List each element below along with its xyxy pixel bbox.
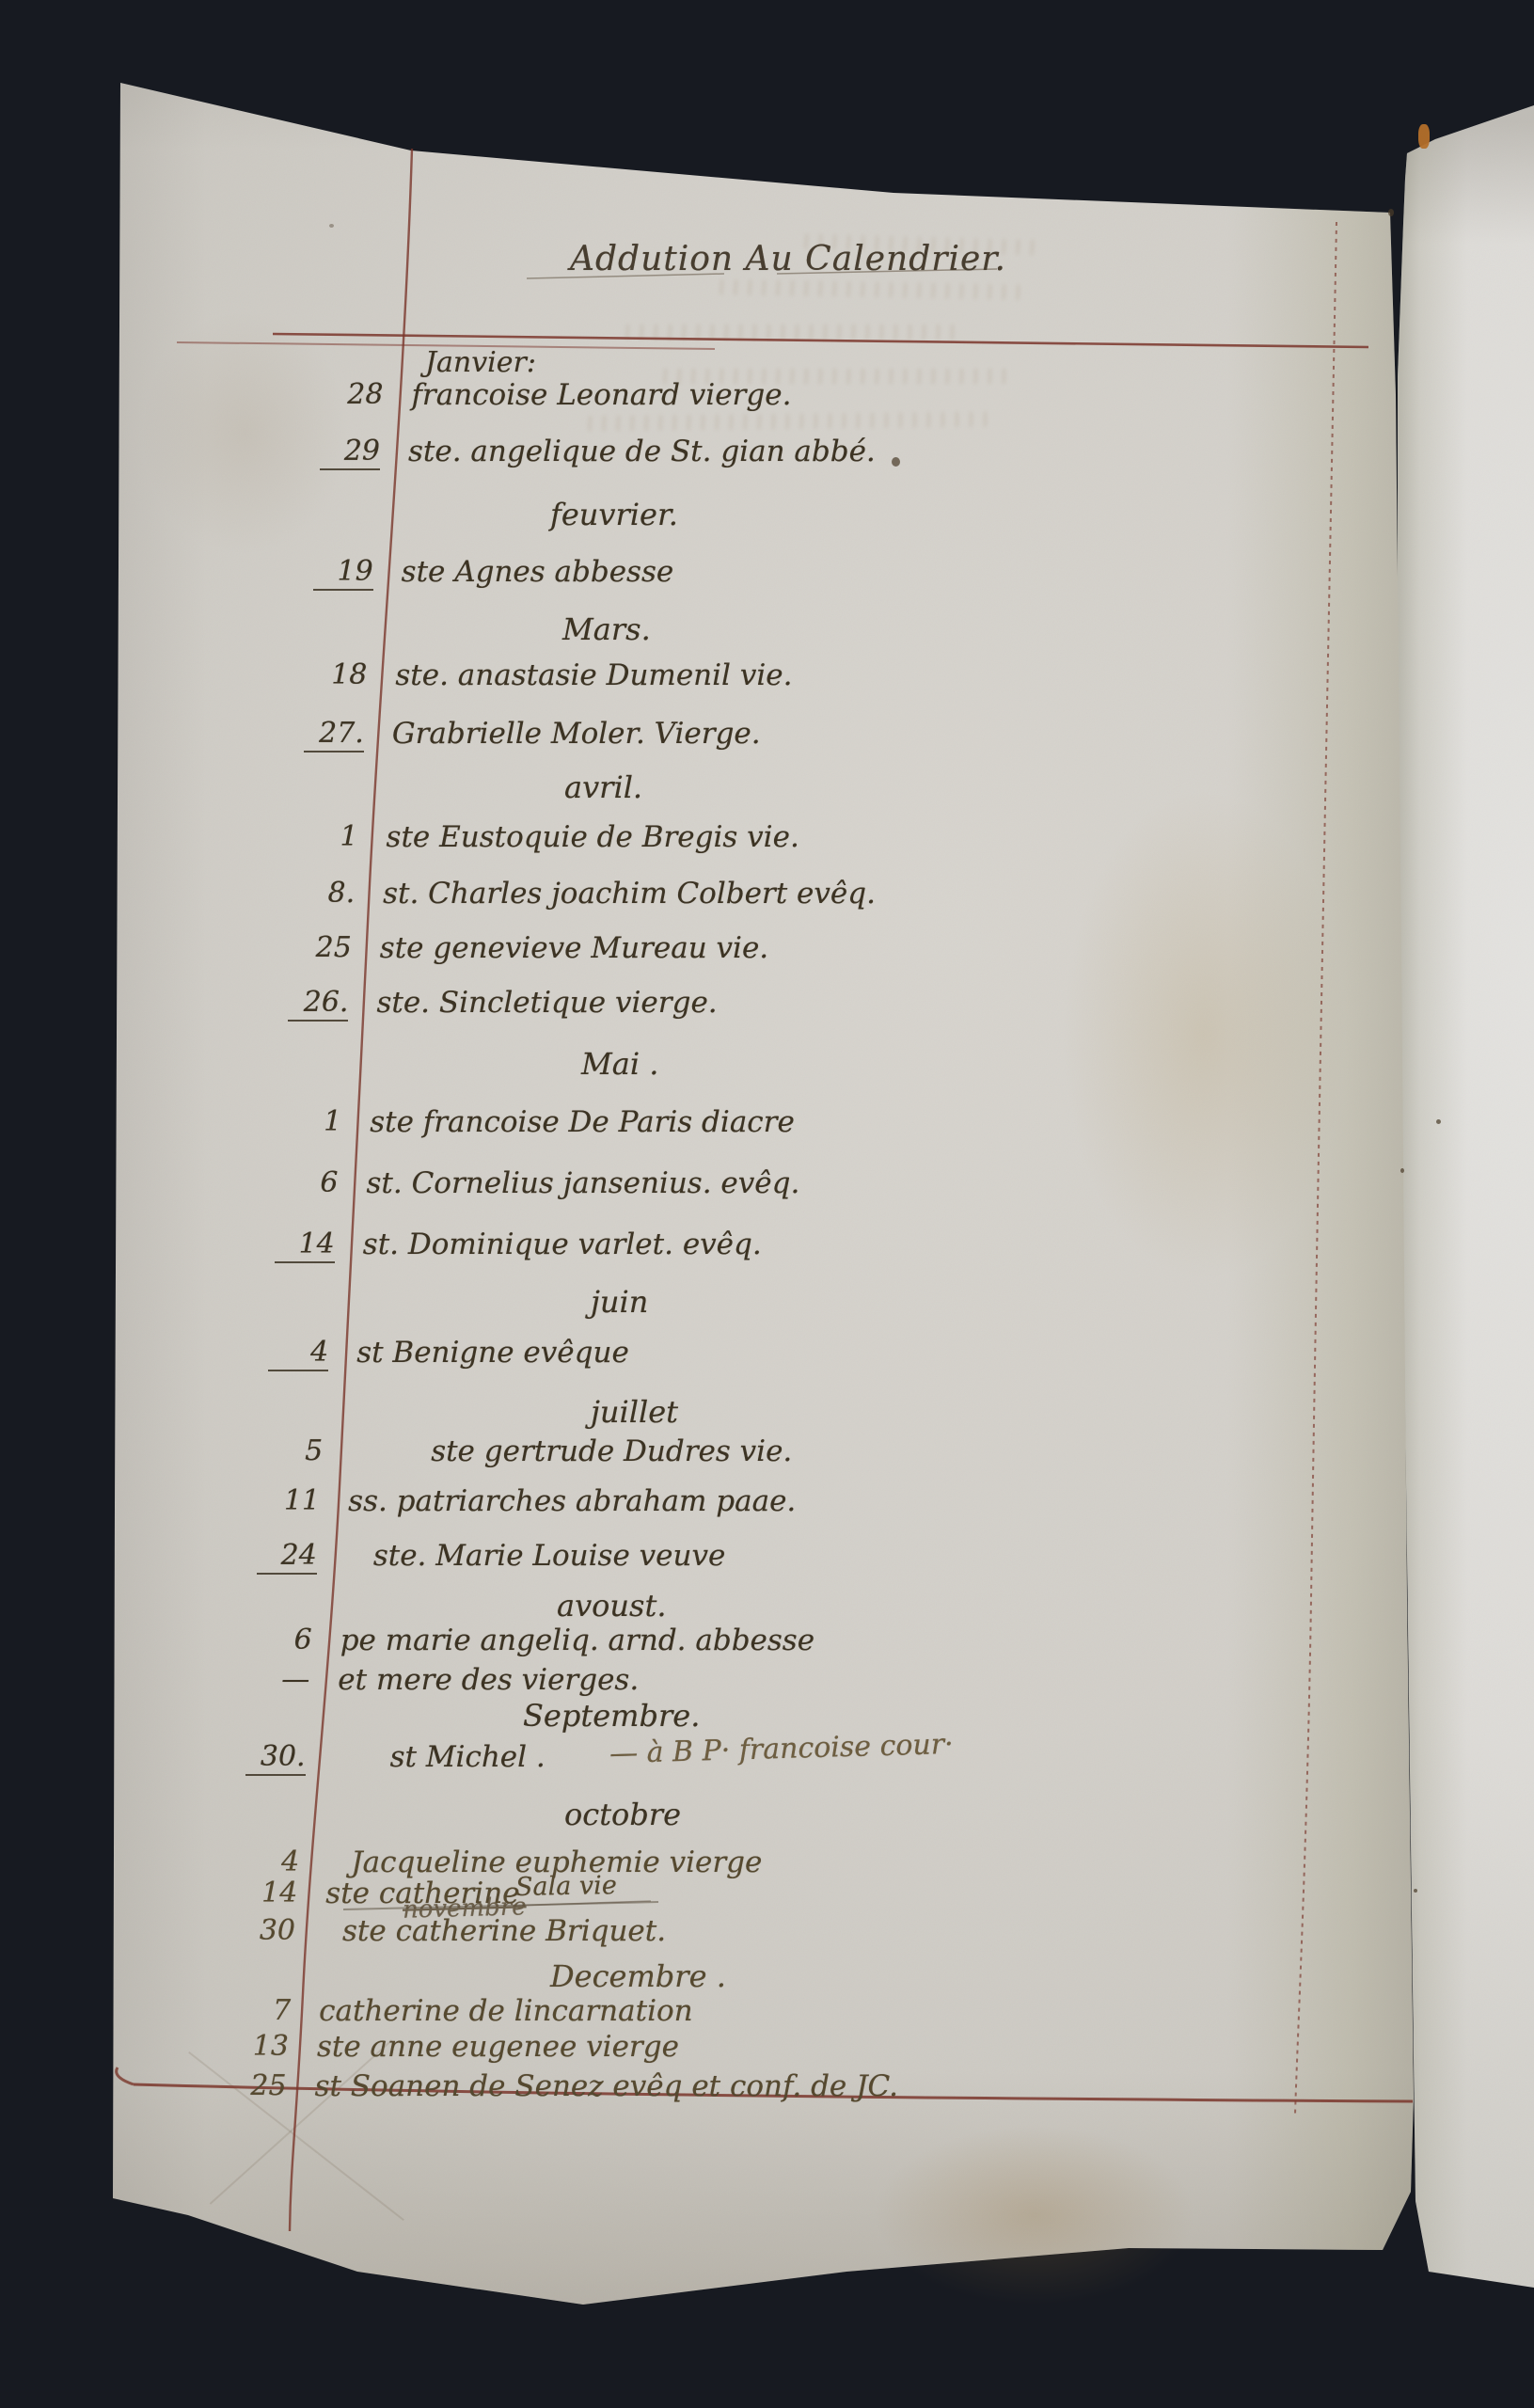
calendar-entry-text: Grabrielle Moler. Vierge. [392,717,761,751]
calendar-entry-text: pe marie angeliq. arnd. abbesse [340,1624,814,1657]
crossed-out-month: novembre [403,1893,527,1924]
day-number: 30. [245,1740,306,1776]
day-number: 13 [229,2030,289,2063]
calendar-entry-text: st Soanen de Senez evêq et conf. de JC. [315,2069,898,2103]
calendar-entry-text: ste. angelique de St. gian abbé. [408,435,876,468]
month-header: octobre [564,1797,681,1832]
calendar-entry-text: ste francoise De Paris diacre [370,1105,795,1139]
handwriting-layer: Addution Au Calendrier. Janvier:28franco… [0,0,1534,2408]
calendar-entry-text: ste gertrude Dudres vie. [431,1434,792,1468]
day-number: 18 [307,658,367,691]
manuscript-photo: Addution Au Calendrier. Janvier:28franco… [0,0,1534,2408]
day-number: 7 [230,1994,291,2027]
calendar-entry-text: st Michel . [390,1740,546,1774]
day-number: 28 [323,378,383,411]
month-header: Mars. [562,611,651,647]
day-number: 26. [288,986,348,1022]
marginal-addition: — à B P· francoise cour· [609,1728,954,1770]
calendar-entry-text: francoise Leonard vierge. [411,378,791,412]
month-header: juillet [591,1394,678,1430]
calendar-entry-text: ste. Marie Louise veuve [373,1539,726,1573]
calendar-entry-text: ss. patriarches abraham paae. [348,1484,796,1518]
day-number: 14 [237,1877,297,1909]
day-number: 8. [294,877,355,910]
calendar-entry-text: st. Dominique varlet. evêq. [363,1228,762,1261]
day-number: 25 [227,2069,287,2102]
day-number: 1 [281,1105,341,1138]
day-number: 4 [268,1336,328,1371]
calendar-entry-text: ste Agnes abbesse [402,555,674,589]
day-number: 24 [257,1539,317,1575]
month-header: Septembre. [523,1698,700,1734]
month-header: avoust. [557,1588,666,1624]
month-header: Janvier: [425,346,536,379]
month-header: feuvrier. [550,497,678,532]
calendar-entry-text: ste genevieve Mureau vie. [380,931,768,965]
day-number: 6 [278,1166,339,1199]
month-header: Decembre . [550,1958,726,1994]
calendar-entry-text: ste anne eugenee vierge [317,2030,679,2064]
day-number: 14 [275,1228,335,1263]
month-header: juin [591,1284,648,1320]
calendar-entry-text: catherine de lincarnation [319,1994,692,2028]
day-number: 1 [298,820,358,853]
calendar-entry-text: st Benigne evêque [356,1336,629,1370]
calendar-entry-text: ste. anastasie Dumenil vie. [395,658,792,692]
calendar-entry-text: ste Eustoquie de Bregis vie. [387,820,799,854]
day-number: 4 [239,1846,299,1878]
day-number: 27. [304,717,364,752]
month-header: avril. [564,769,642,805]
day-number: 29 [320,435,380,470]
page-title: Addution Au Calendrier. [570,240,1006,278]
calendar-entry-text: ste. Sincletique vierge. [376,986,717,1020]
entry-continuation-text: et mere des vierges. [338,1663,639,1697]
day-number: — [249,1663,309,1696]
calendar-entry-text: st. Charles joachim Colbert evêq. [383,877,876,911]
day-number: 25 [292,931,352,964]
calendar-entry-text: st. Cornelius jansenius. evêq. [367,1166,800,1200]
day-number: 30 [235,1914,295,1947]
day-number: 19 [313,555,373,591]
day-number: 6 [252,1624,312,1656]
day-number: 11 [260,1484,320,1517]
october-entry-suffix: Sala vie [515,1871,617,1902]
day-number: 5 [262,1434,323,1467]
month-header: Mai . [581,1046,658,1082]
